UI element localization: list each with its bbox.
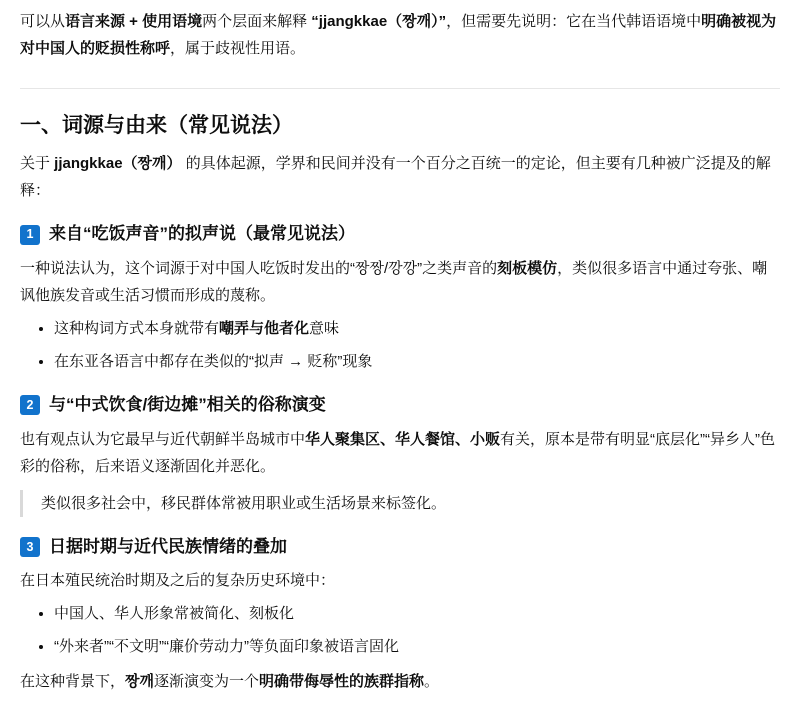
subsection-1-heading: 1 来自“吃饭声音”的拟声说（最常见说法） — [20, 222, 780, 247]
subsection-1-body: 一种说法认为，这个词源于对中国人吃饭时发出的“짱짱/깡깡”之类声音的刻板模仿，类… — [20, 255, 780, 309]
subsection-1-bullet-list: 这种构词方式本身就带有嘲弄与他者化意味 在东亚各语言中都存在类似的“拟声 → 贬… — [20, 315, 780, 375]
list-item: “外来者”“不文明”“廉价劳动力”等负面印象被语言固化 — [54, 633, 780, 660]
document-page: { "theme": { "background": "#ffffff", "t… — [0, 0, 800, 705]
list-item: 这种构词方式本身就带有嘲弄与他者化意味 — [54, 315, 780, 342]
list-item: 中国人、华人形象常被简化、刻板化 — [54, 600, 780, 627]
subsection-2-body: 也有观点认为它最早与近代朝鲜半岛城市中华人聚集区、华人餐馆、小贩有关，原本是带有… — [20, 426, 780, 480]
subsection-3-title: 日据时期与近代民族情绪的叠加 — [49, 535, 287, 560]
subsection-3-heading: 3 日据时期与近代民族情绪的叠加 — [20, 535, 780, 560]
conclusion-paragraph: 在这种背景下，짱깨逐渐演变为一个明确带侮辱性的族群指称。 — [20, 668, 780, 695]
number-badge-2: 2 — [20, 395, 40, 415]
section-heading: 一、词源与由来（常见说法） — [20, 111, 780, 140]
subsection-2-heading: 2 与“中式饮食/街边摊”相关的俗称演变 — [20, 393, 780, 418]
quote-text: 类似很多社会中，移民群体常被用职业或生活场景来标签化。 — [41, 495, 446, 512]
section-divider — [20, 88, 780, 89]
subsection-3-bullet-list: 中国人、华人形象常被简化、刻板化 “外来者”“不文明”“廉价劳动力”等负面印象被… — [20, 600, 780, 660]
intro-paragraph: 可以从语言来源 + 使用语境两个层面来解释 “jjangkkae（짱깨）”，但需… — [20, 8, 780, 62]
subsection-1-title: 来自“吃饭声音”的拟声说（最常见说法） — [49, 222, 355, 247]
subsection-3-body: 在日本殖民统治时期及之后的复杂历史环境中： — [20, 567, 780, 594]
lead-paragraph: 关于 jjangkkae（짱깨） 的具体起源，学界和民间并没有一个百分之百统一的… — [20, 150, 780, 204]
quote-block: 类似很多社会中，移民群体常被用职业或生活场景来标签化。 — [20, 490, 780, 517]
number-badge-3: 3 — [20, 537, 40, 557]
number-badge-1: 1 — [20, 225, 40, 245]
list-item: 在东亚各语言中都存在类似的“拟声 → 贬称”现象 — [54, 348, 780, 375]
subsection-2-title: 与“中式饮食/街边摊”相关的俗称演变 — [49, 393, 326, 418]
